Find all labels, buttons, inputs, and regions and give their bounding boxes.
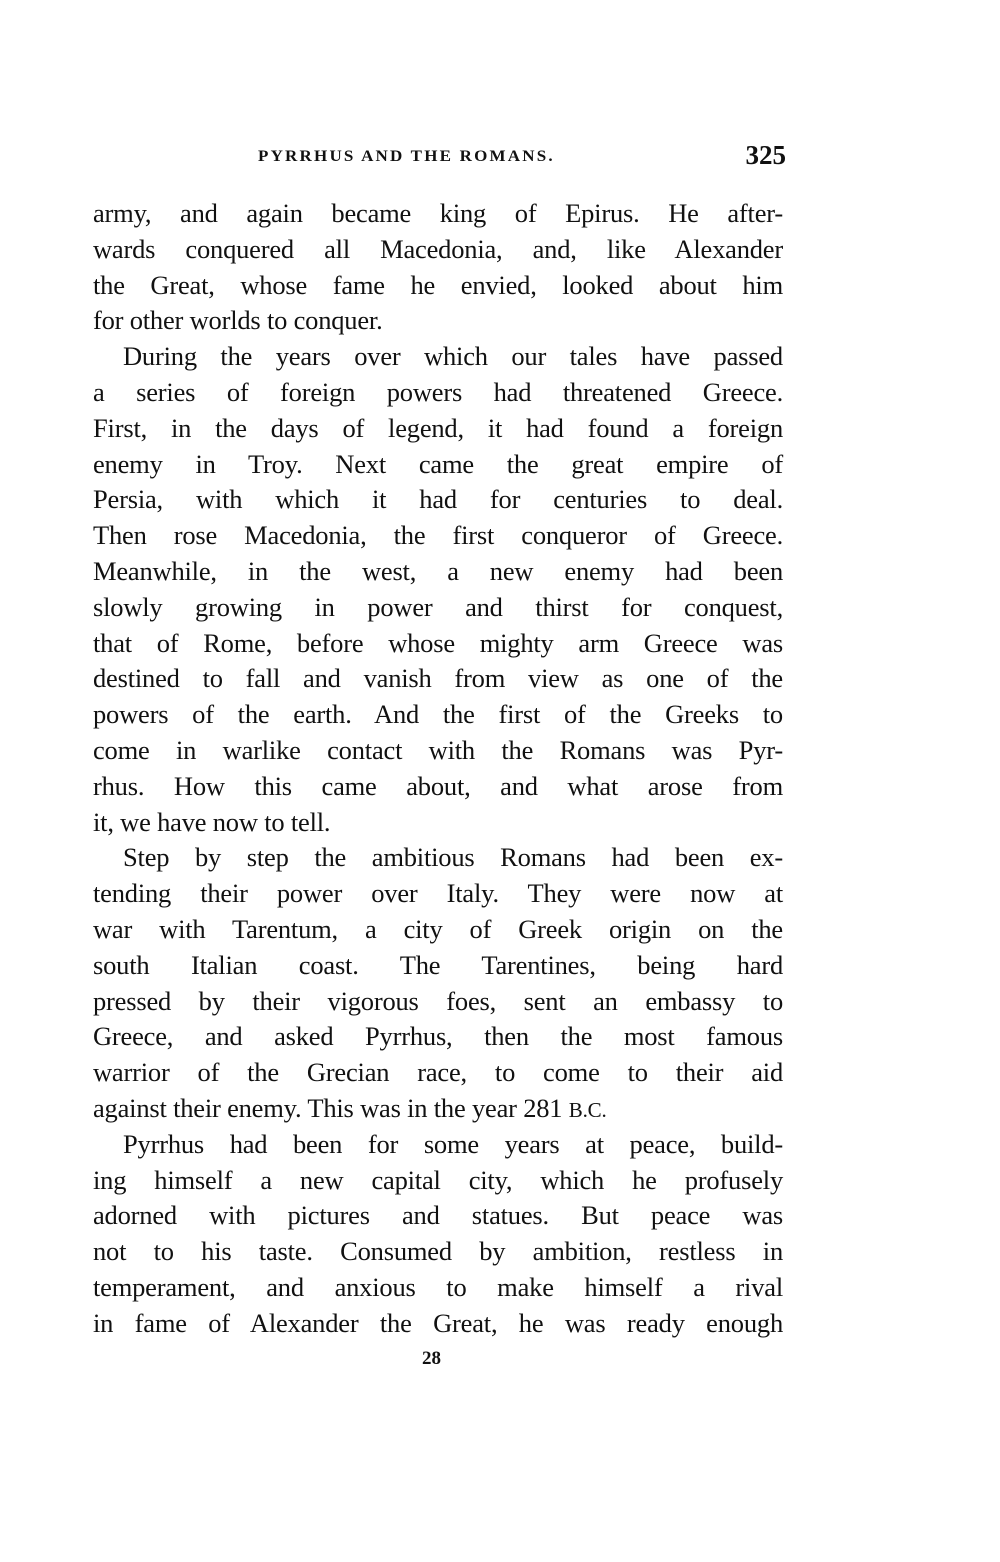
text-line: destined to fall and vanish from view as… [93,661,783,697]
text-line: adorned with pictures and statues. But p… [93,1198,783,1234]
text-line: rhus. How this came about, and what aros… [93,769,783,805]
text-line: in fame of Alexander the Great, he was r… [93,1306,783,1342]
text-line: Meanwhile, in the west, a new enemy had … [93,554,783,590]
paragraph: Pyrrhus had been for some years at peace… [93,1127,783,1342]
text-line: Persia, with which it had for centuries … [93,482,783,518]
text-line: army, and again became king of Epirus. H… [93,196,783,232]
text-line: tending their power over Italy. They wer… [93,876,783,912]
text-line: the Great, whose fame he envied, looked … [93,268,783,304]
page-number: 325 [746,140,787,171]
text-line: First, in the days of legend, it had fou… [93,411,783,447]
paragraph: During the years over which our tales ha… [93,339,783,840]
text-line: come in warlike contact with the Romans … [93,733,783,769]
text-line: Step by step the ambitious Romans had be… [93,840,783,876]
text-line: slowly growing in power and thirst for c… [93,590,783,626]
text-line: for other worlds to conquer. [93,303,783,339]
running-title: PYRRHUS AND THE ROMANS. [258,147,555,166]
text-line: south Italian coast. The Tarentines, bei… [93,948,783,984]
paragraph: Step by step the ambitious Romans had be… [93,840,783,1126]
book-page: PYRRHUS AND THE ROMANS. 325 army, and ag… [0,0,1000,1562]
text-line: war with Tarentum, a city of Greek origi… [93,912,783,948]
text-line: enemy in Troy. Next came the great empir… [93,447,783,483]
text-line: Pyrrhus had been for some years at peace… [93,1127,783,1163]
text-line: During the years over which our tales ha… [93,339,783,375]
text-line: pressed by their vigorous foes, sent an … [93,984,783,1020]
paragraph: army, and again became king of Epirus. H… [93,196,783,339]
era-abbreviation: B.C. [569,1098,607,1122]
text-line: not to his taste. Consumed by ambition, … [93,1234,783,1270]
text-line: Greece, and asked Pyrrhus, then the most… [93,1019,783,1055]
text-line-content: against their enemy. This was in the yea… [93,1093,569,1123]
text-line: Then rose Macedonia, the first conqueror… [93,518,783,554]
text-line: wards conquered all Macedonia, and, like… [93,232,783,268]
text-line: a series of foreign powers had threatene… [93,375,783,411]
running-head: PYRRHUS AND THE ROMANS. 325 [258,140,786,176]
signature-mark: 28 [422,1348,441,1370]
text-line: powers of the earth. And the first of th… [93,697,783,733]
text-line: it, we have now to tell. [93,805,783,841]
text-line: against their enemy. This was in the yea… [93,1091,783,1127]
text-line: that of Rome, before whose mighty arm Gr… [93,626,783,662]
text-line: temperament, and anxious to make himself… [93,1270,783,1306]
body-text: army, and again became king of Epirus. H… [93,196,783,1342]
text-line: ing himself a new capital city, which he… [93,1163,783,1199]
text-line: warrior of the Grecian race, to come to … [93,1055,783,1091]
